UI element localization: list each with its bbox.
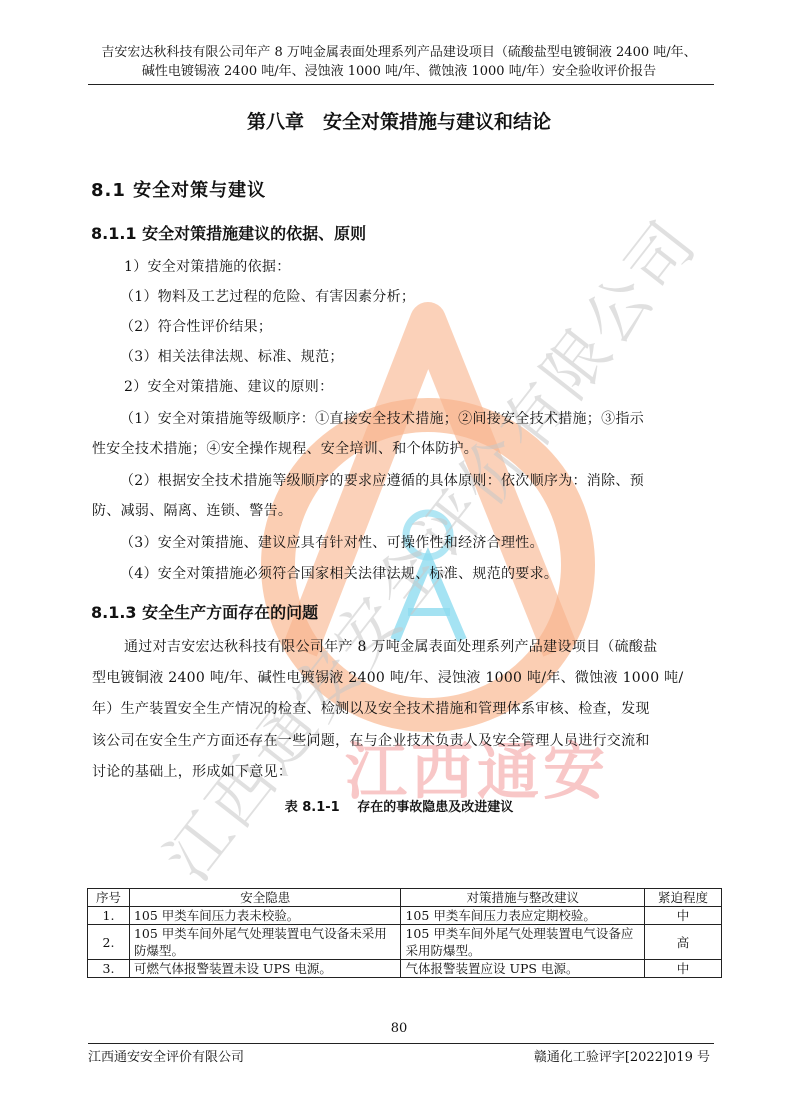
cell-hazard: 可燃气体报警装置未设 UPS 电源。 (129, 960, 401, 978)
paragraph: 2）安全对策措施、建议的原则： (124, 378, 333, 396)
footer-divider (88, 1043, 714, 1044)
paragraph: （4）安全对策措施必须符合国家相关法律法规、标准、规范的要求。 (120, 565, 558, 583)
paragraph: 讨论的基础上，形成如下意见： (92, 763, 292, 781)
cell-measure: 105 甲类车间压力表应定期校验。 (401, 907, 645, 925)
table-header-row: 序号 安全隐患 对策措施与整改建议 紧迫程度 (88, 889, 722, 907)
section-heading-8-1-3: 8.1.3 安全生产方面存在的问题 (91, 600, 318, 623)
cell-no: 3. (88, 960, 130, 978)
cell-measure: 105 甲类车间外尾气处理装置电气设备应采用防爆型。 (401, 925, 645, 960)
cell-urgency: 中 (645, 960, 722, 978)
running-header-line-2: 碱性电镀锡液 2400 吨/年、浸蚀液 1000 吨/年、微蚀液 1000 吨/… (84, 63, 714, 81)
section-heading-8-1-1: 8.1.1 安全对策措施建议的依据、原则 (91, 221, 366, 244)
paragraph: 1）安全对策措施的依据： (124, 258, 291, 276)
paragraph: 性安全技术措施；④安全操作规程、安全培训、和个体防护。 (92, 440, 478, 458)
paragraph: （1）安全对策措施等级顺序：①直接安全技术措施；②间接安全技术措施；③指示 (120, 410, 644, 428)
footer-company: 江西通安安全评价有限公司 (88, 1046, 244, 1065)
hazards-table: 序号 安全隐患 对策措施与整改建议 紧迫程度 1. 105 甲类车间压力表未校验… (87, 888, 722, 978)
paragraph: 通过对吉安宏达秋科技有限公司年产 8 万吨金属表面处理系列产品建设项目（硫酸盐 (124, 638, 658, 656)
paragraph: （1）物料及工艺过程的危险、有害因素分析； (120, 288, 415, 306)
paragraph: 型电镀铜液 2400 吨/年、碱性电镀锡液 2400 吨/年、浸蚀液 1000 … (92, 669, 683, 687)
column-header-hazard: 安全隐患 (129, 889, 401, 907)
paragraph: 防、减弱、隔离、连锁、警告。 (92, 502, 292, 520)
paragraph: （3）相关法律法规、标准、规范； (120, 348, 344, 366)
column-header-urgency: 紧迫程度 (645, 889, 722, 907)
cell-urgency: 中 (645, 907, 722, 925)
paragraph: 该公司在安全生产方面还存在一些问题，在与企业技术负责人及安全管理人员进行交流和 (92, 732, 650, 750)
cell-no: 1. (88, 907, 130, 925)
cell-no: 2. (88, 925, 130, 960)
paragraph: （2）根据安全技术措施等级顺序的要求应遵循的具体原则：依次顺序为：消除、预 (120, 472, 644, 490)
paragraph: （3）安全对策措施、建议应具有针对性、可操作性和经济合理性。 (120, 534, 544, 552)
footer-doc-number: 赣通化工验评字[2022]019 号 (534, 1046, 710, 1065)
table-row: 2. 105 甲类车间外尾气处理装置电气设备未采用防爆型。 105 甲类车间外尾… (88, 925, 722, 960)
cell-hazard: 105 甲类车间外尾气处理装置电气设备未采用防爆型。 (129, 925, 401, 960)
header-divider (88, 84, 714, 85)
chapter-title: 第八章 安全对策措施与建议和结论 (84, 107, 714, 134)
table-row: 1. 105 甲类车间压力表未校验。 105 甲类车间压力表应定期校验。 中 (88, 907, 722, 925)
paragraph: （2）符合性评价结果； (120, 318, 272, 336)
running-header-line-1: 吉安宏达秋科技有限公司年产 8 万吨金属表面处理系列产品建设项目（硫酸盐型电镀铜… (84, 44, 714, 62)
document-page: 江西通安安全评价有限公司 江西通安 吉安宏达秋科技有限公司年产 8 万吨金属表面… (0, 0, 790, 1119)
section-heading-8-1: 8.1 安全对策与建议 (91, 176, 266, 202)
cell-measure: 气体报警装置应设 UPS 电源。 (401, 960, 645, 978)
column-header-no: 序号 (88, 889, 130, 907)
cell-urgency: 高 (645, 925, 722, 960)
table-row: 3. 可燃气体报警装置未设 UPS 电源。 气体报警装置应设 UPS 电源。 中 (88, 960, 722, 978)
cell-hazard: 105 甲类车间压力表未校验。 (129, 907, 401, 925)
table-caption: 表 8.1-1 存在的事故隐患及改进建议 (84, 796, 714, 815)
column-header-measure: 对策措施与整改建议 (401, 889, 645, 907)
paragraph: 年）生产装置安全生产情况的检查、检测以及安全技术措施和管理体系审核、检查，发现 (92, 700, 650, 718)
page-number: 80 (84, 1021, 714, 1036)
